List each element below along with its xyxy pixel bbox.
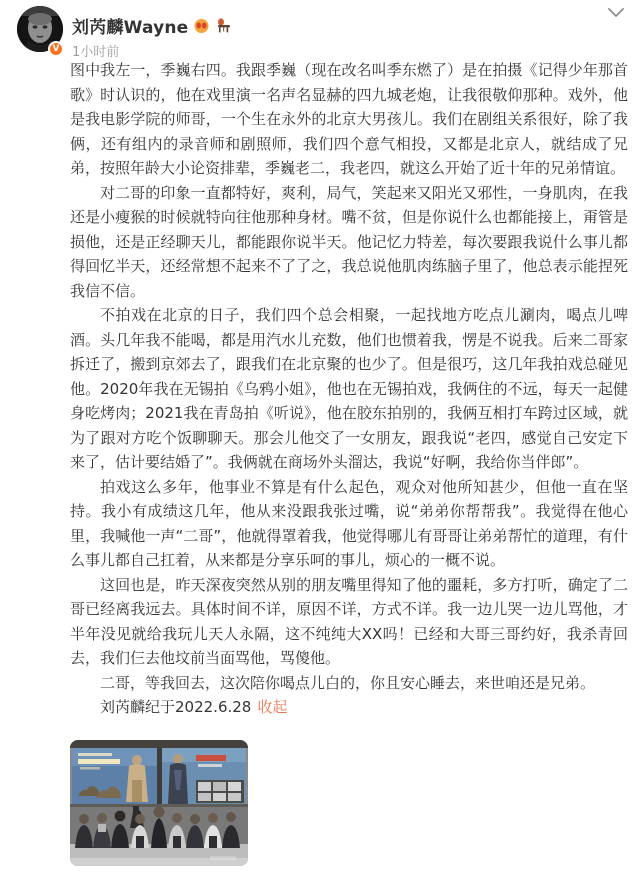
paragraph: 这回也是，昨天深夜突然从别的朋友嘴里得知了他的噩耗，多方打听，确定了二哥已经离我… xyxy=(70,573,628,671)
paragraph: 拍戏这么多年，他事业不算是有什么起色，观众对他所知甚少，但他一直在坚持。我小有成… xyxy=(70,475,628,573)
post-text: 图中我左一，季巍右四。我跟季巍（现在改名叫季东燃了）是在拍摄《记得少年那首歌》时… xyxy=(70,58,628,720)
weibo-post-card: V 刘芮麟Wayne 1小时前 图中我左一，季巍右四。我跟季巍（现在 xyxy=(0,0,641,876)
post-photo-image xyxy=(70,740,248,866)
post-photo[interactable] xyxy=(70,740,248,866)
username[interactable]: 刘芮麟Wayne xyxy=(72,13,188,38)
collapse-link[interactable]: 收起 xyxy=(257,698,287,716)
chevron-down-icon[interactable] xyxy=(608,8,624,18)
hug-emoji-icon xyxy=(193,17,210,34)
verified-badge-icon: V xyxy=(48,41,64,57)
username-row: 刘芮麟Wayne xyxy=(72,13,232,38)
signature-line: 刘芮麟纪于2022.6.28收起 xyxy=(70,695,628,720)
signature: 刘芮麟纪于2022.6.28 xyxy=(100,698,251,716)
paragraph: 对二哥的印象一直都特好，爽利，局气，笑起来又阳光又邪性，一身肌肉，在我还是小瘦猴… xyxy=(70,181,628,304)
paragraph: 图中我左一，季巍右四。我跟季巍（现在改名叫季东燃了）是在拍摄《记得少年那首歌》时… xyxy=(70,58,628,181)
paragraph: 二哥，等我回去，这次陪你喝点儿白的，你且安心睡去，来世咱还是兄弟。 xyxy=(70,671,628,696)
chair-emoji-icon xyxy=(215,17,232,34)
paragraph: 不拍戏在北京的日子，我们四个总会相聚，一起找地方吃点儿涮肉，喝点儿啤酒。头几年我… xyxy=(70,303,628,475)
